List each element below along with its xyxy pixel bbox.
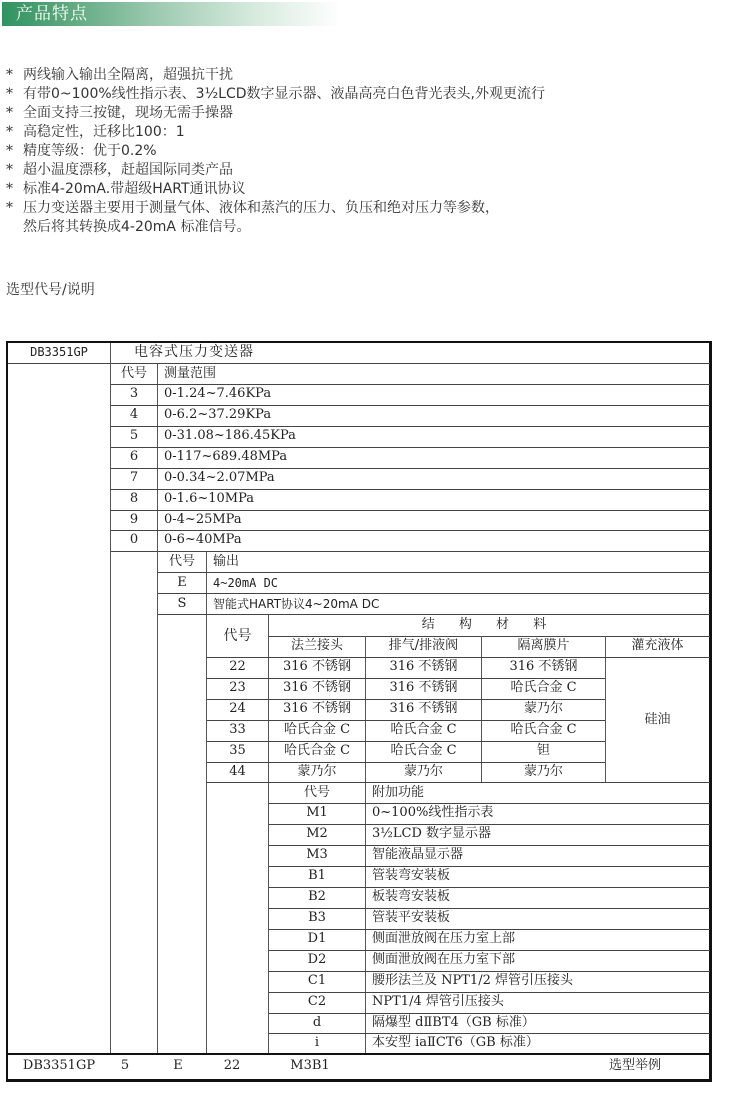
range-value: 0-6.2~37.29KPa — [158, 405, 698, 426]
option-value: NPT1/4 焊管引压接头 — [366, 992, 706, 1013]
material-col-diaphragm: 隔离膜片 — [482, 636, 605, 657]
flange-material: 哈氏合金 C — [269, 741, 365, 762]
flange-material: 316 不锈钢 — [269, 657, 365, 678]
range-code: 7 — [111, 468, 157, 489]
option-value: 侧面泄放阀在压力室下部 — [366, 950, 706, 971]
flange-material: 哈氏合金 C — [269, 720, 365, 741]
bullet-icon: * — [6, 142, 23, 161]
material-col-fill: 灌充液体 — [606, 636, 709, 657]
vent-material: 316 不锈钢 — [366, 678, 481, 699]
option-code: i — [269, 1033, 365, 1053]
feature-item: *精度等级：优于0.2% — [6, 142, 746, 161]
bullet-icon: * — [6, 123, 23, 142]
option-value: 腰形法兰及 NPT1/2 焊管引压接头 — [366, 971, 706, 992]
diaphragm-material: 哈氏合金 C — [482, 678, 605, 699]
range-code: 8 — [111, 489, 157, 510]
output-value: 4~20mA DC — [207, 573, 697, 593]
range-value: 0-0.34~2.07MPa — [158, 468, 698, 489]
range-value: 0-4~25MPa — [158, 510, 698, 531]
material-code: 33 — [207, 720, 268, 741]
feature-item: *压力变送器主要用于测量气体、液体和蒸汽的压力、负压和绝对压力等参数， — [6, 199, 746, 218]
option-value: 侧面泄放阀在压力室上部 — [366, 929, 706, 950]
diaphragm-material: 钽 — [482, 741, 605, 762]
material-col-flange: 法兰接头 — [269, 636, 365, 657]
option-value: 板装弯安装板 — [366, 887, 706, 908]
product-name: 电容式压力变送器 — [116, 342, 516, 363]
material-col-vent: 排气/排液阀 — [366, 636, 481, 657]
material-code: 35 — [207, 741, 268, 762]
range-code: 6 — [111, 447, 157, 468]
range-value: 0-1.6~10MPa — [158, 489, 698, 510]
diaphragm-material: 316 不锈钢 — [482, 657, 605, 678]
option-code: B1 — [269, 866, 365, 887]
range-value: 0-31.08~186.45KPa — [158, 426, 698, 447]
material-code: 24 — [207, 699, 268, 720]
example-material: 22 — [208, 1056, 256, 1078]
range-code: 0 — [111, 530, 157, 551]
feature-item: *超小温度漂移，赶超国际同类产品 — [6, 161, 746, 180]
bullet-icon: * — [6, 199, 23, 218]
vent-material: 316 不锈钢 — [366, 699, 481, 720]
diaphragm-material: 蒙乃尔 — [482, 699, 605, 720]
option-value: 3½LCD 数字显示器 — [366, 824, 706, 845]
option-code: M1 — [269, 803, 365, 824]
range-value: 0-6~40MPa — [158, 530, 698, 551]
material-code: 23 — [207, 678, 268, 699]
range-code: 4 — [111, 405, 157, 426]
bullet-icon: * — [6, 85, 23, 104]
feature-item: *标准4-20mA.带超级HART通讯协议 — [6, 180, 746, 199]
feature-item: *全面支持三按键，现场无需手操器 — [6, 104, 746, 123]
material-code: 22 — [207, 657, 268, 678]
option-code: M3 — [269, 845, 365, 866]
diaphragm-material: 蒙乃尔 — [482, 762, 605, 782]
example-output: E — [160, 1056, 196, 1078]
example-label: 选型举例 — [590, 1056, 680, 1078]
output-value: 智能式HART协议4~20mA DC — [207, 594, 697, 614]
option-value: 0~100%线性指示表 — [366, 803, 706, 824]
option-value: 管装平安装板 — [366, 908, 706, 929]
example-range: 5 — [110, 1056, 140, 1078]
section-banner: 产品特点 — [2, 2, 342, 26]
feature-list: *两线输入输出全隔离，超强抗干扰 *有带0~100%线性指示表、3½LCD数字显… — [6, 66, 746, 237]
material-header: 结 构 材 料 — [269, 615, 709, 636]
options-code-header: 代号 — [269, 783, 365, 803]
vent-material: 316 不锈钢 — [366, 657, 481, 678]
range-code-header: 代号 — [111, 364, 157, 384]
feature-item: *两线输入输出全隔离，超强抗干扰 — [6, 66, 746, 85]
range-code: 3 — [111, 384, 157, 405]
vent-material: 哈氏合金 C — [366, 741, 481, 762]
flange-material: 316 不锈钢 — [269, 699, 365, 720]
option-code: B3 — [269, 908, 365, 929]
output-header: 输出 — [207, 552, 697, 572]
divider — [8, 1053, 710, 1055]
range-value: 0-117~689.48MPa — [158, 447, 698, 468]
option-value: 隔爆型 dⅡBT4（GB 标准） — [366, 1013, 706, 1033]
option-value: 智能液晶显示器 — [366, 845, 706, 866]
diaphragm-material: 哈氏合金 C — [482, 720, 605, 741]
model-code: DB3351GP — [8, 342, 110, 363]
feature-item: *高稳定性，迁移比100：1 — [6, 123, 746, 142]
option-value: 管装弯安装板 — [366, 866, 706, 887]
option-code: D1 — [269, 929, 365, 950]
fill-fluid: 硅油 — [606, 658, 709, 782]
option-code: d — [269, 1013, 365, 1033]
feature-item-continuation: 然后将其转换成4-20mA 标准信号。 — [6, 218, 746, 237]
bullet-icon: * — [6, 180, 23, 199]
flange-material: 316 不锈钢 — [269, 678, 365, 699]
option-code: C2 — [269, 992, 365, 1013]
material-code-header: 代号 — [207, 615, 268, 657]
bullet-icon: * — [6, 104, 23, 123]
bullet-icon: * — [6, 161, 23, 180]
option-code: D2 — [269, 950, 365, 971]
range-header: 测量范围 — [158, 364, 698, 384]
output-code: E — [158, 573, 206, 593]
range-value: 0-1.24~7.46KPa — [158, 384, 698, 405]
material-code: 44 — [207, 762, 268, 782]
option-code: M2 — [269, 824, 365, 845]
vent-material: 蒙乃尔 — [366, 762, 481, 782]
option-code: B2 — [269, 887, 365, 908]
option-code: C1 — [269, 971, 365, 992]
banner-title: 产品特点 — [16, 3, 88, 25]
vent-material: 哈氏合金 C — [366, 720, 481, 741]
divider — [157, 551, 158, 1053]
range-code: 5 — [111, 426, 157, 447]
flange-material: 蒙乃尔 — [269, 762, 365, 782]
example-options: M3B1 — [270, 1056, 350, 1078]
options-header: 附加功能 — [366, 783, 706, 803]
option-value: 本安型 iaⅡCT6（GB 标准） — [366, 1033, 706, 1053]
feature-item: *有带0~100%线性指示表、3½LCD数字显示器、液晶高亮白色背光表头,外观更… — [6, 85, 746, 104]
output-code-header: 代号 — [158, 552, 206, 572]
bullet-icon: * — [6, 66, 23, 85]
selection-code-title: 选型代号/说明 — [6, 279, 95, 299]
range-code: 9 — [111, 510, 157, 531]
output-code: S — [158, 594, 206, 614]
example-model: DB3351GP — [8, 1056, 110, 1078]
